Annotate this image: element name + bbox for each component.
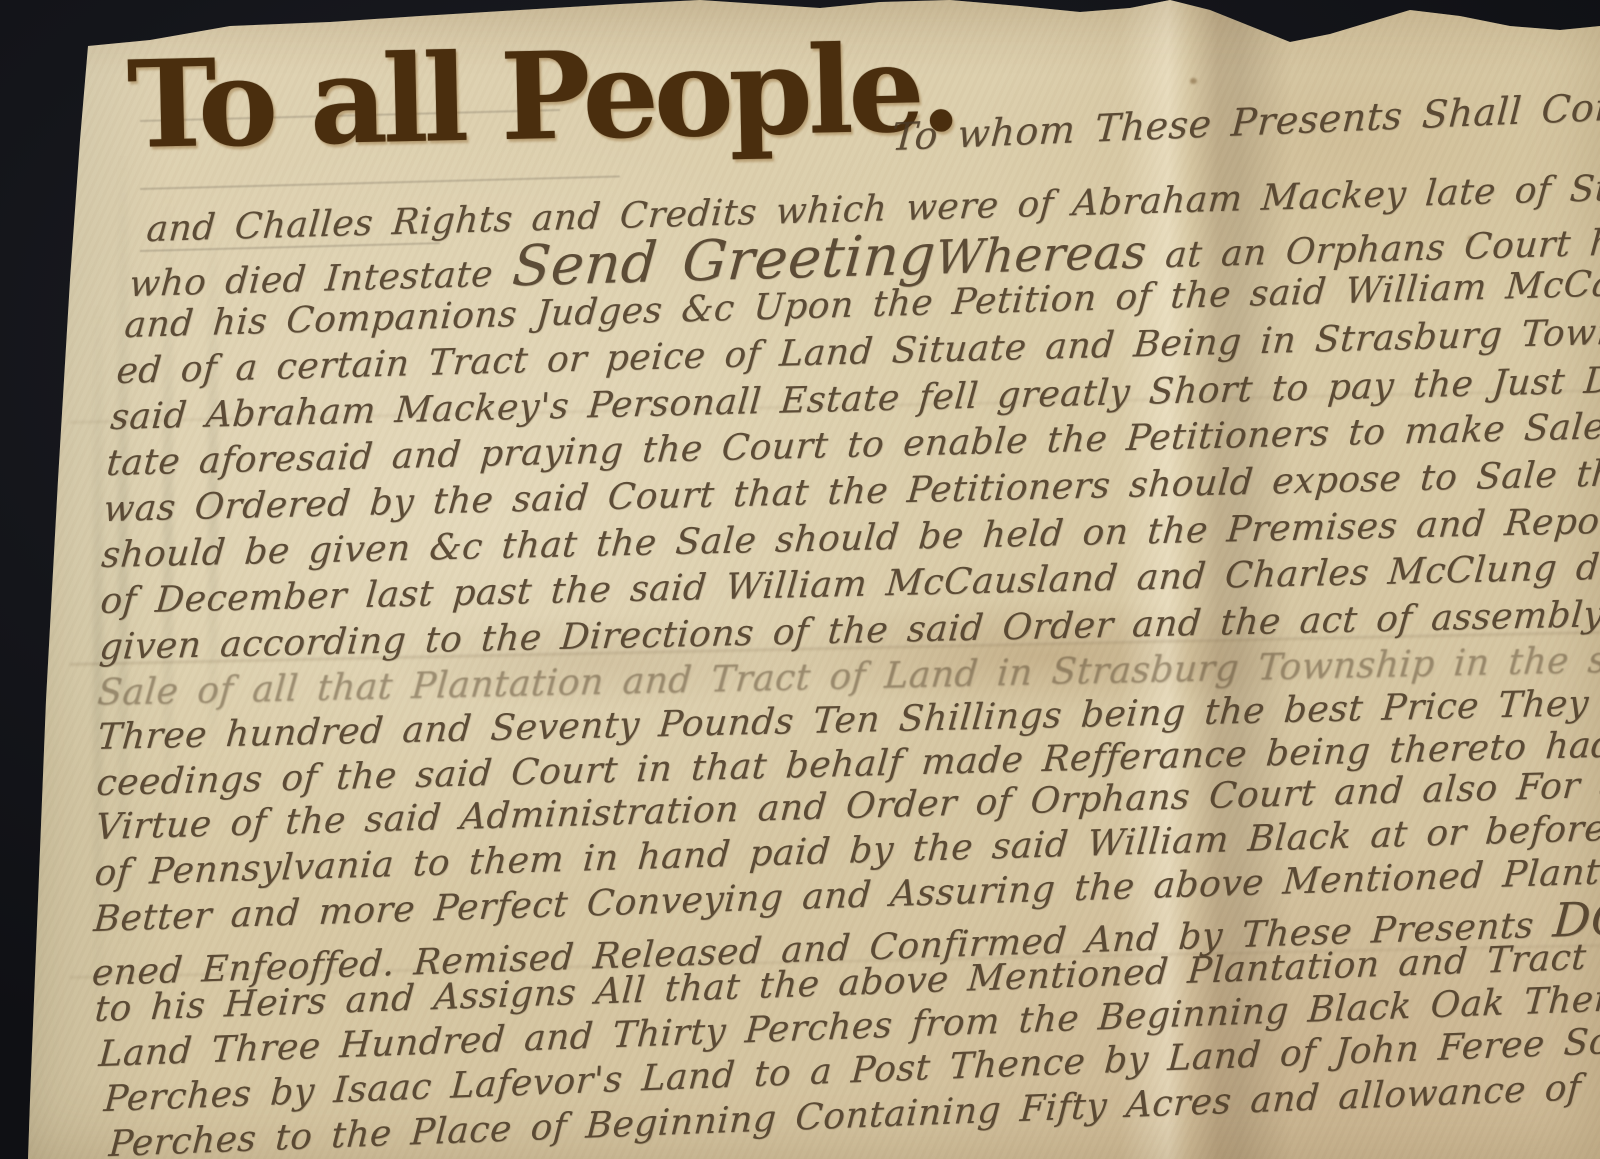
- manuscript-line-1: To whom These Presents Shall Come K: [891, 84, 1600, 156]
- line-text: To whom These Presents Shall Come K: [890, 81, 1600, 159]
- ink-stain-spot: [1190, 78, 1197, 84]
- photo-background: { "photo": { "background_color": "#14151…: [0, 0, 1600, 1159]
- pencil-guide-line: [140, 175, 620, 190]
- parchment: To all People. To whom These Presents Sh…: [0, 0, 1600, 1159]
- document-heading: To all People.: [126, 23, 958, 172]
